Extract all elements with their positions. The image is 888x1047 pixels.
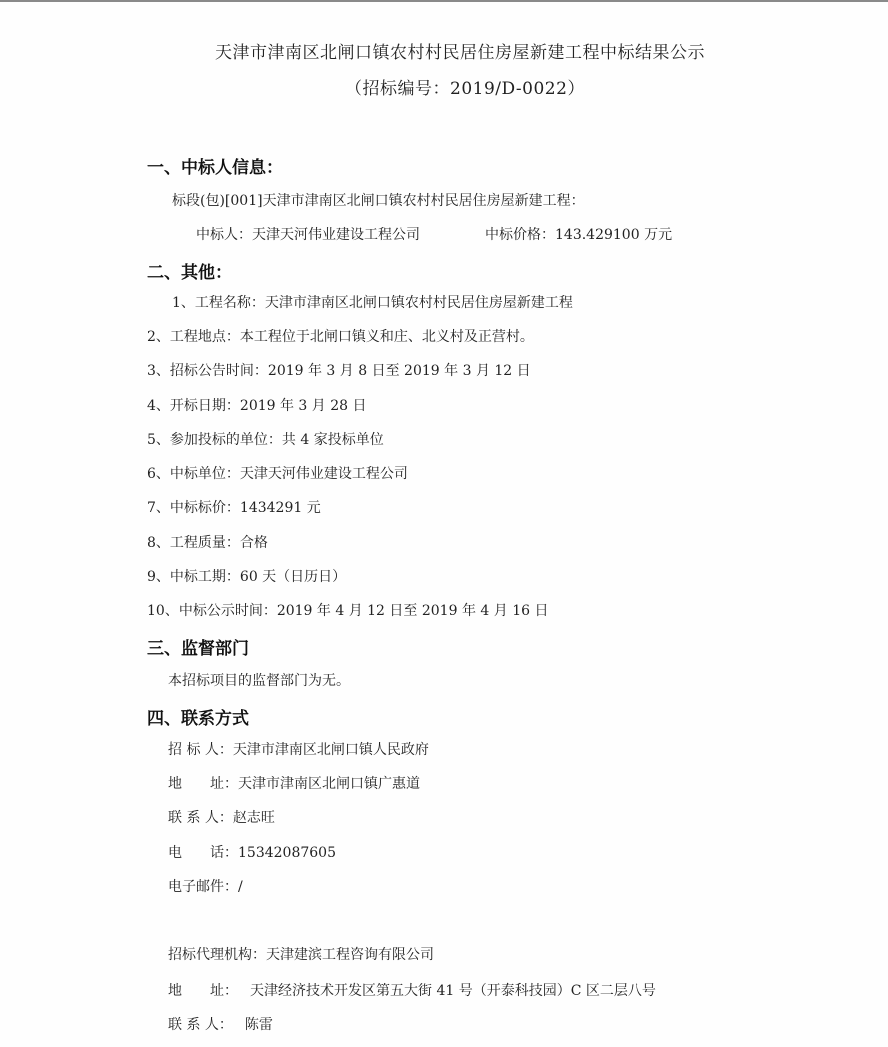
contact-tenderer-person: 联 系 人：赵志旺 (168, 807, 275, 827)
section-heading-supervision: 三、监督部门 (147, 634, 249, 659)
contact-value: 天津建滨工程咨询有限公司 (266, 947, 434, 963)
contact-tenderer-email: 电子邮件：/ (168, 876, 243, 896)
contact-label: 电子邮件： (168, 879, 238, 895)
contact-value: / (238, 879, 243, 895)
contact-value: 15342087605 (238, 845, 336, 861)
contact-label: 地 址： (168, 776, 238, 792)
contact-value: 陈雷 (245, 1017, 273, 1033)
item-project-location: 2、工程地点：本工程位于北闸口镇义和庄、北义村及正营村。 (147, 326, 534, 346)
document-subtitle: （招标编号：2019/D-0022） (345, 74, 585, 99)
section-heading-winner-info: 一、中标人信息： (147, 153, 283, 178)
contact-value: 天津市津南区北闸口镇人民政府 (233, 742, 429, 758)
item-bidder-count: 5、参加投标的单位：共 4 家投标单位 (147, 429, 384, 449)
item-project-name: 1、工程名称：天津市津南区北闸口镇农村村民居住房屋新建工程 (172, 292, 573, 312)
agency-address: 地 址：天津经济技术开发区第五大街 41 号（开泰科技园）C 区二层八号 (168, 980, 656, 1000)
contact-label: 地 址： (168, 983, 238, 999)
contact-label: 招标代理机构： (168, 947, 266, 963)
winning-price: 中标价格：143.429100 万元 (485, 224, 672, 244)
contact-label: 联 系 人： (168, 810, 233, 826)
contact-tenderer-phone: 电 话：15342087605 (168, 842, 336, 862)
item-winning-unit: 6、中标单位：天津天河伟业建设工程公司 (147, 463, 408, 483)
contact-value: 天津市津南区北闸口镇广惠道 (238, 776, 420, 792)
winner-line: 中标人：天津天河伟业建设工程公司 (196, 224, 420, 244)
lot-line: 标段(包)[001]天津市津南区北闸口镇农村村民居住房屋新建工程： (172, 190, 585, 210)
contact-label: 电 话： (168, 845, 238, 861)
agency-contact-person: 联 系 人：陈雷 (168, 1014, 273, 1034)
agency-name: 招标代理机构：天津建滨工程咨询有限公司 (168, 944, 434, 964)
item-announcement-period: 3、招标公告时间：2019 年 3 月 8 日至 2019 年 3 月 12 日 (147, 360, 531, 380)
document-page: 天津市津南区北闸口镇农村村民居住房屋新建工程中标结果公示 （招标编号：2019/… (0, 0, 888, 1047)
contact-tenderer: 招 标 人：天津市津南区北闸口镇人民政府 (168, 739, 429, 759)
item-quality: 8、工程质量：合格 (147, 532, 268, 552)
contact-tenderer-address: 地 址：天津市津南区北闸口镇广惠道 (168, 773, 420, 793)
contact-value: 天津经济技术开发区第五大街 41 号（开泰科技园）C 区二层八号 (250, 983, 656, 999)
supervision-text: 本招标项目的监督部门为无。 (168, 670, 350, 690)
section-heading-other: 二、其他： (147, 258, 232, 283)
item-bid-opening-date: 4、开标日期：2019 年 3 月 28 日 (147, 395, 367, 415)
item-winning-price: 7、中标标价：1434291 元 (147, 497, 321, 517)
contact-label: 招 标 人： (168, 742, 233, 758)
item-publicity-period: 10、中标公示时间：2019 年 4 月 12 日至 2019 年 4 月 16… (147, 600, 548, 620)
item-duration: 9、中标工期：60 天（日历日） (147, 566, 346, 586)
contact-value: 赵志旺 (233, 810, 275, 826)
document-title: 天津市津南区北闸口镇农村村民居住房屋新建工程中标结果公示 (215, 38, 705, 63)
section-heading-contact: 四、联系方式 (147, 704, 249, 729)
contact-label: 联 系 人： (168, 1017, 233, 1033)
